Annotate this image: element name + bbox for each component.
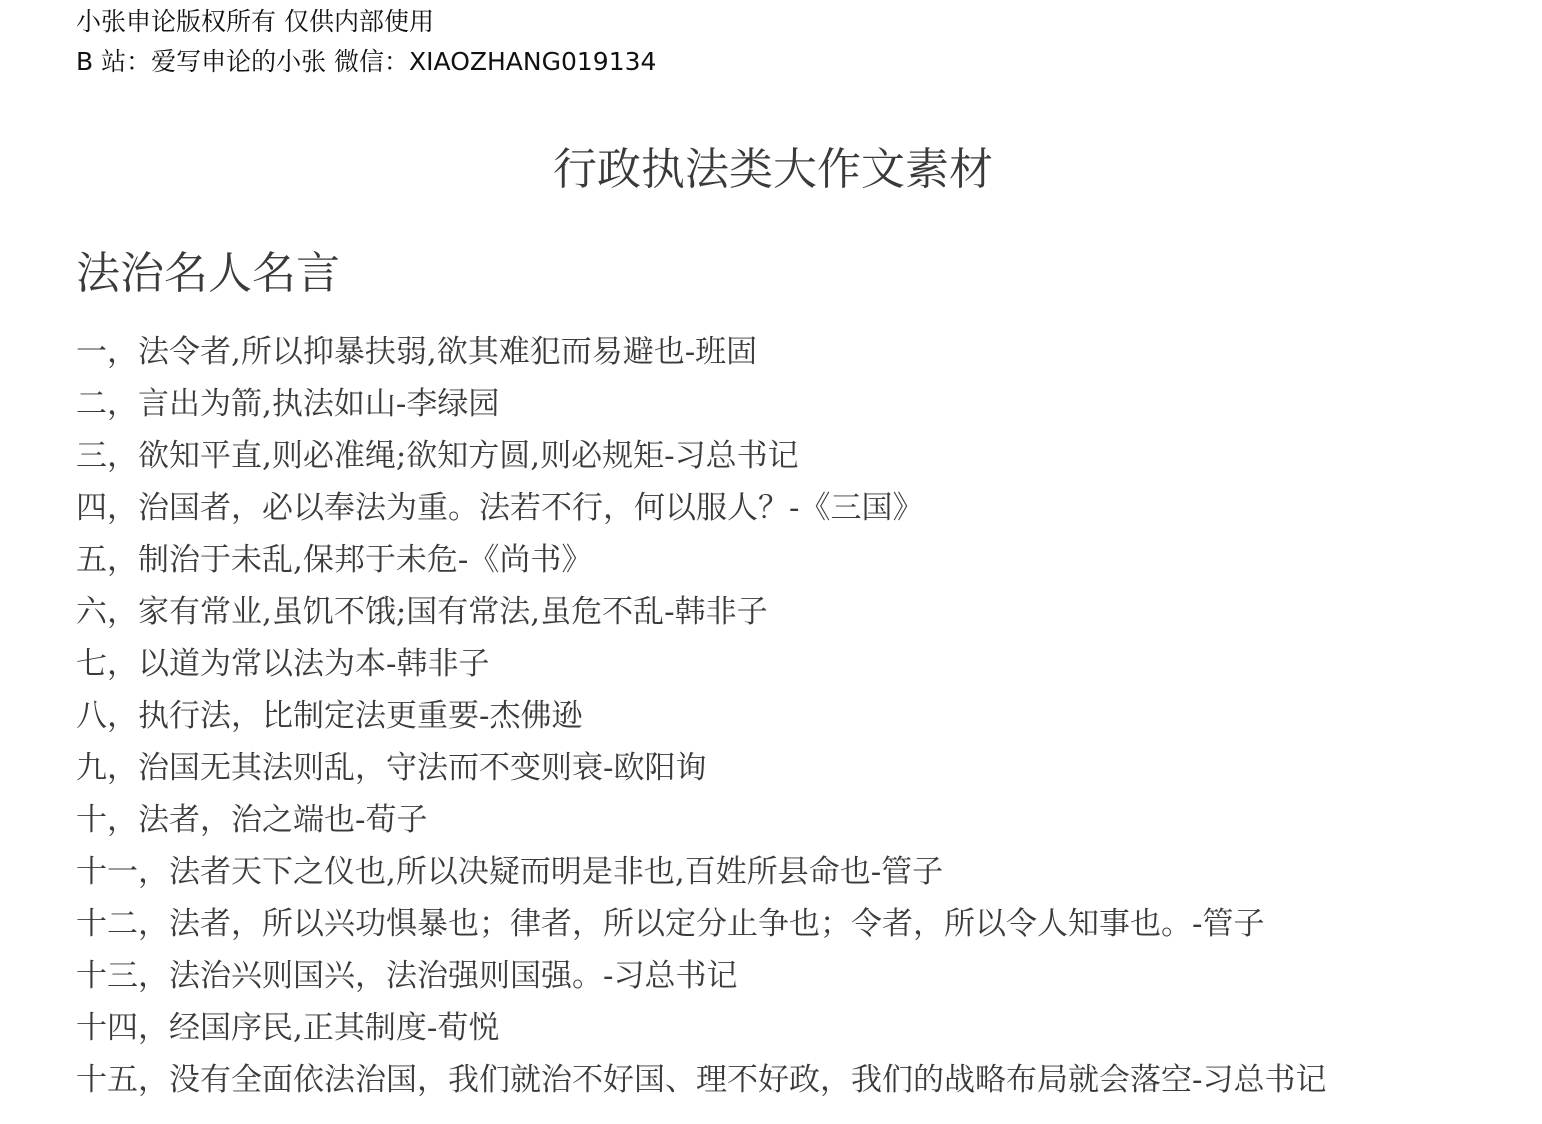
quote-item: 十，法者，治之端也-荀子: [76, 794, 1466, 846]
quote-text: 治国者，必以奉法为重。法若不行，何以服人？-《三国》: [138, 490, 923, 526]
quote-separator: ，: [138, 906, 169, 942]
quote-item: 十四，经国序民,正其制度-荀悦: [76, 1002, 1466, 1054]
quote-item: 九，治国无其法则乱，守法而不变则衰-欧阳询: [76, 742, 1466, 794]
quote-item: 八，执行法，比制定法更重要-杰佛逊: [76, 690, 1466, 742]
quote-number: 八: [76, 698, 107, 734]
quote-separator: ，: [138, 1010, 169, 1046]
quote-list: 一，法令者,所以抑暴扶弱,欲其难犯而易避也-班固 二，言出为箭,执法如山-李绿园…: [76, 326, 1466, 1106]
copyright-notice: 小张申论版权所有 仅供内部使用: [76, 2, 656, 42]
quote-separator: ，: [107, 750, 138, 786]
quote-number: 十四: [76, 1010, 138, 1046]
quote-text: 家有常业,虽饥不饿;国有常法,虽危不乱-韩非子: [138, 594, 768, 630]
quote-item: 六，家有常业,虽饥不饿;国有常法,虽危不乱-韩非子: [76, 586, 1466, 638]
quote-number: 十三: [76, 958, 138, 994]
quote-text: 欲知平直,则必准绳;欲知方圆,则必规矩-习总书记: [138, 438, 799, 474]
quote-text: 经国序民,正其制度-荀悦: [169, 1010, 499, 1046]
quote-separator: ，: [107, 386, 138, 422]
quote-number: 三: [76, 438, 107, 474]
quote-number: 二: [76, 386, 107, 422]
quote-text: 法者天下之仪也,所以决疑而明是非也,百姓所县命也-管子: [169, 854, 943, 890]
document-page: 小张申论版权所有 仅供内部使用 B 站：爱写申论的小张 微信：XIAOZHANG…: [0, 0, 1542, 1124]
quote-text: 以道为常以法为本-韩非子: [138, 646, 489, 682]
quote-number: 十: [76, 802, 107, 838]
contact-info: B 站：爱写申论的小张 微信：XIAOZHANG019134: [76, 42, 656, 82]
quote-separator: ，: [107, 490, 138, 526]
quote-item: 五，制治于未乱,保邦于未危-《尚书》: [76, 534, 1466, 586]
quote-text: 言出为箭,执法如山-李绿园: [138, 386, 499, 422]
quote-number: 五: [76, 542, 107, 578]
quote-number: 一: [76, 334, 107, 370]
document-title: 行政执法类大作文素材: [0, 140, 1542, 200]
quote-number: 九: [76, 750, 107, 786]
quote-separator: ，: [107, 646, 138, 682]
section-heading: 法治名人名言: [76, 244, 340, 304]
quote-number: 四: [76, 490, 107, 526]
quote-separator: ，: [138, 958, 169, 994]
copyright-header: 小张申论版权所有 仅供内部使用 B 站：爱写申论的小张 微信：XIAOZHANG…: [76, 2, 656, 82]
quote-item: 四，治国者，必以奉法为重。法若不行，何以服人？-《三国》: [76, 482, 1466, 534]
quote-item: 十一，法者天下之仪也,所以决疑而明是非也,百姓所县命也-管子: [76, 846, 1466, 898]
quote-number: 七: [76, 646, 107, 682]
quote-text: 执行法，比制定法更重要-杰佛逊: [138, 698, 582, 734]
quote-item: 十二，法者，所以兴功惧暴也；律者，所以定分止争也；令者，所以令人知事也。-管子: [76, 898, 1466, 950]
quote-separator: ，: [138, 854, 169, 890]
quote-text: 法者，所以兴功惧暴也；律者，所以定分止争也；令者，所以令人知事也。-管子: [169, 906, 1264, 942]
quote-separator: ，: [107, 698, 138, 734]
quote-item: 七，以道为常以法为本-韩非子: [76, 638, 1466, 690]
quote-text: 法令者,所以抑暴扶弱,欲其难犯而易避也-班固: [138, 334, 757, 370]
quote-separator: ，: [107, 334, 138, 370]
quote-number: 十一: [76, 854, 138, 890]
quote-separator: ，: [107, 542, 138, 578]
quote-separator: ，: [138, 1062, 169, 1098]
quote-item: 十五，没有全面依法治国，我们就治不好国、理不好政，我们的战略布局就会落空-习总书…: [76, 1054, 1466, 1106]
quote-item: 一，法令者,所以抑暴扶弱,欲其难犯而易避也-班固: [76, 326, 1466, 378]
quote-text: 治国无其法则乱，守法而不变则衰-欧阳询: [138, 750, 706, 786]
quote-separator: ，: [107, 802, 138, 838]
quote-number: 十五: [76, 1062, 138, 1098]
quote-item: 三，欲知平直,则必准绳;欲知方圆,则必规矩-习总书记: [76, 430, 1466, 482]
quote-text: 法治兴则国兴，法治强则国强。-习总书记: [169, 958, 737, 994]
quote-text: 制治于未乱,保邦于未危-《尚书》: [138, 542, 592, 578]
quote-number: 六: [76, 594, 107, 630]
quote-text: 法者，治之端也-荀子: [138, 802, 427, 838]
quote-number: 十二: [76, 906, 138, 942]
quote-text: 没有全面依法治国，我们就治不好国、理不好政，我们的战略布局就会落空-习总书记: [169, 1062, 1326, 1098]
quote-separator: ，: [107, 438, 138, 474]
quote-item: 十三，法治兴则国兴，法治强则国强。-习总书记: [76, 950, 1466, 1002]
quote-separator: ，: [107, 594, 138, 630]
quote-item: 二，言出为箭,执法如山-李绿园: [76, 378, 1466, 430]
